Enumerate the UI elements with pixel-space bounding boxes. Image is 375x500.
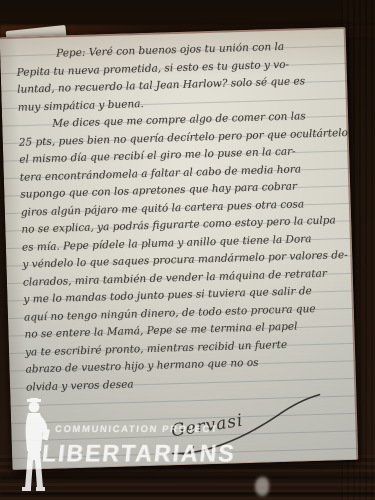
- wood-plank-seam: [0, 476, 375, 479]
- watermark-name: LIBERTARIANS: [41, 439, 237, 467]
- white-smudge-on-table: [255, 477, 269, 496]
- watermark-title: COMMUNICATION PROJECT: [54, 424, 218, 435]
- photo-of-handwritten-letter: Pepe: Veré con buenos ojos tu unión con …: [0, 0, 375, 500]
- letter-body: Pepe: Veré con buenos ojos tu unión con …: [16, 37, 348, 396]
- wood-plank-seam: [0, 492, 375, 495]
